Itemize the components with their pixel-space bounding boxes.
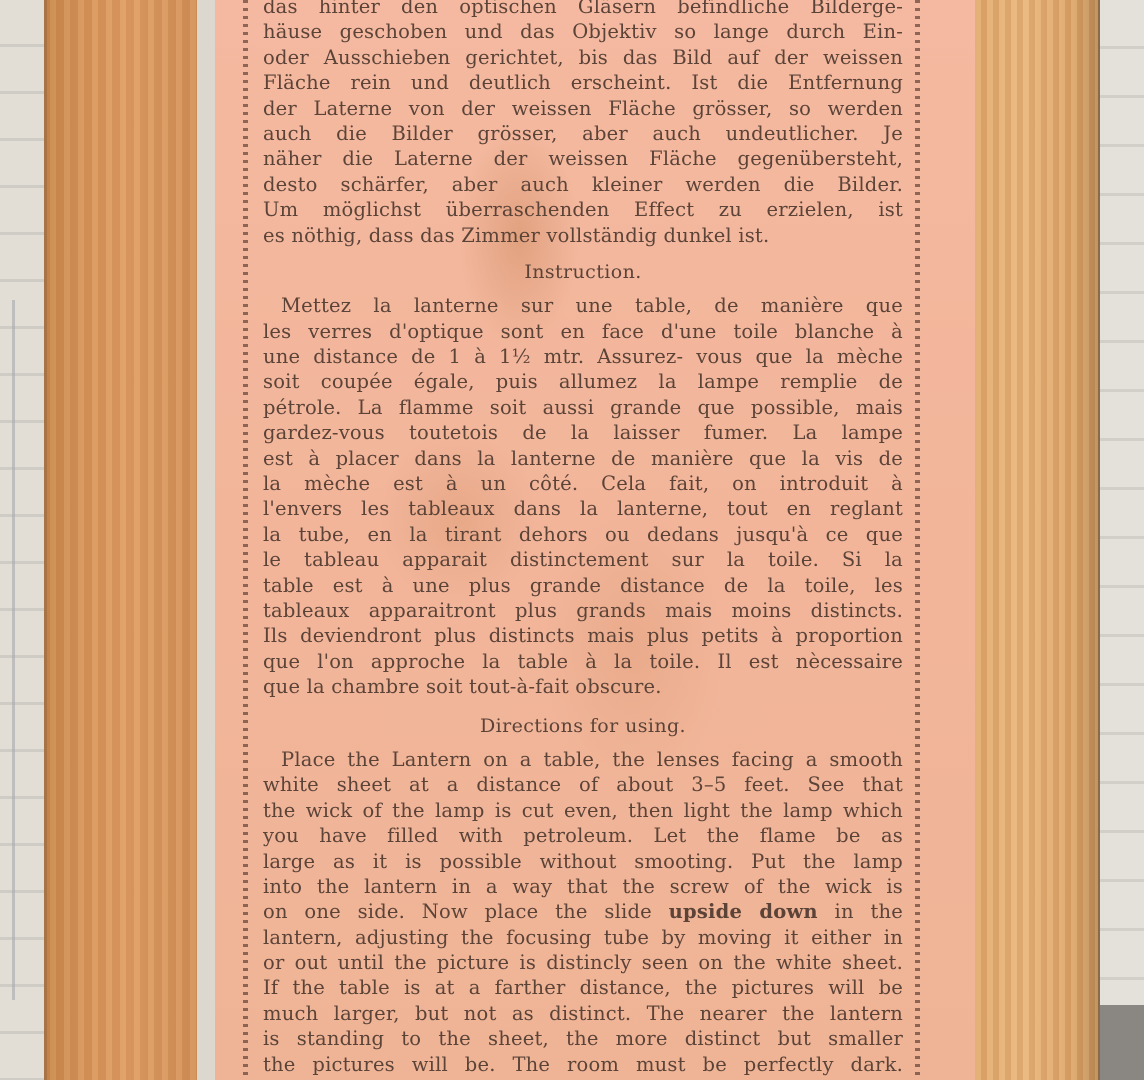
text-line: white sheet at a distance of about 3–5 f… [263, 772, 903, 797]
text-fragment: on one side. Now place the slide [263, 900, 669, 923]
text-line-emphasis: on one side. Now place the slide upside … [263, 899, 903, 924]
text-line: Um möglichst überraschenden Effect zu er… [263, 197, 903, 222]
english-heading: Directions for using. [263, 714, 903, 739]
text-line: Place the Lantern on a table, the lenses… [263, 747, 903, 772]
text-line: der Laterne von der weissen Fläche gröss… [263, 96, 903, 121]
text-line: une distance de 1 à 1½ mtr. Assurez- vou… [263, 344, 903, 369]
text-line: tableaux apparaitront plus grands mais m… [263, 598, 903, 623]
text-line: auch die Bilder grösser, aber auch undeu… [263, 121, 903, 146]
german-instructions: das hinter den optischen Gläsern befindl… [263, 0, 903, 248]
wood-frame-left [44, 0, 197, 1080]
text-line: soit coupée égale, puis allumez la lampe… [263, 369, 903, 394]
text-line: the pictures will be. The room must be p… [263, 1052, 903, 1077]
text-line: large as it is possible without smooting… [263, 849, 903, 874]
text-line: l'envers les tableaux dans la lanterne, … [263, 496, 903, 521]
text-line: gardez-vous toutetois de la laisser fume… [263, 420, 903, 445]
text-line: you have filled with petroleum. Let the … [263, 823, 903, 848]
text-line: est à placer dans la lanterne de manière… [263, 446, 903, 471]
text-line: es nöthig, dass das Zimmer vollständig d… [263, 223, 903, 248]
text-line: näher die Laterne der weissen Fläche geg… [263, 146, 903, 171]
text-line: desto schärfer, aber auch kleiner werden… [263, 172, 903, 197]
text-line: les verres d'optique sont en face d'une … [263, 319, 903, 344]
text-line: la mèche est à un côté. Cela fait, on in… [263, 471, 903, 496]
text-line: le tableau apparait distinctement sur la… [263, 547, 903, 572]
background-shadow [1094, 1005, 1144, 1080]
text-line: que l'on approche la table à la toile. I… [263, 649, 903, 674]
text-line: lantern, adjusting the focusing tube by … [263, 925, 903, 950]
text-line: or out until the picture is distincly se… [263, 950, 903, 975]
english-instructions: Place the Lantern on a table, the lenses… [263, 747, 903, 1077]
text-line: Mettez la lanterne sur une table, de man… [263, 293, 903, 318]
text-line: oder Ausschieben gerichtet, bis das Bild… [263, 45, 903, 70]
french-heading: Instruction. [263, 260, 903, 285]
french-instructions: Mettez la lanterne sur une table, de man… [263, 293, 903, 699]
text-line: pétrole. La flamme soit aussi grande que… [263, 395, 903, 420]
text-fragment: in the [818, 900, 903, 923]
background-wall-right [1094, 0, 1144, 1080]
wood-frame-right [973, 0, 1100, 1080]
text-line: la tube, en la tirant dehors ou dedans j… [263, 522, 903, 547]
text-line: If the table is at a farther distance, t… [263, 975, 903, 1000]
text-line: into the lantern in a way that the screw… [263, 874, 903, 899]
text-line: das hinter den optischen Gläsern befindl… [263, 0, 903, 19]
text-line: que la chambre soit tout-à-fait obscure. [263, 674, 903, 699]
wooden-box: das hinter den optischen Gläsern befindl… [40, 0, 1100, 1080]
text-line: Ils deviendront plus distincts mais plus… [263, 623, 903, 648]
text-line: is standing to the sheet, the more disti… [263, 1026, 903, 1051]
printed-instruction-label: das hinter den optischen Gläsern befindl… [215, 0, 975, 1080]
text-line: much larger, but not as distinct. The ne… [263, 1001, 903, 1026]
label-text-column: das hinter den optischen Gläsern befindl… [263, 0, 903, 1077]
emphasis-upside-down: upside down [669, 900, 818, 923]
text-line: the wick of the lamp is cut even, then l… [263, 798, 903, 823]
text-line: häuse geschoben und das Objektiv so lang… [263, 19, 903, 44]
text-line: table est à une plus grande distance de … [263, 573, 903, 598]
text-line: Fläche rein und deutlich erscheint. Ist … [263, 70, 903, 95]
